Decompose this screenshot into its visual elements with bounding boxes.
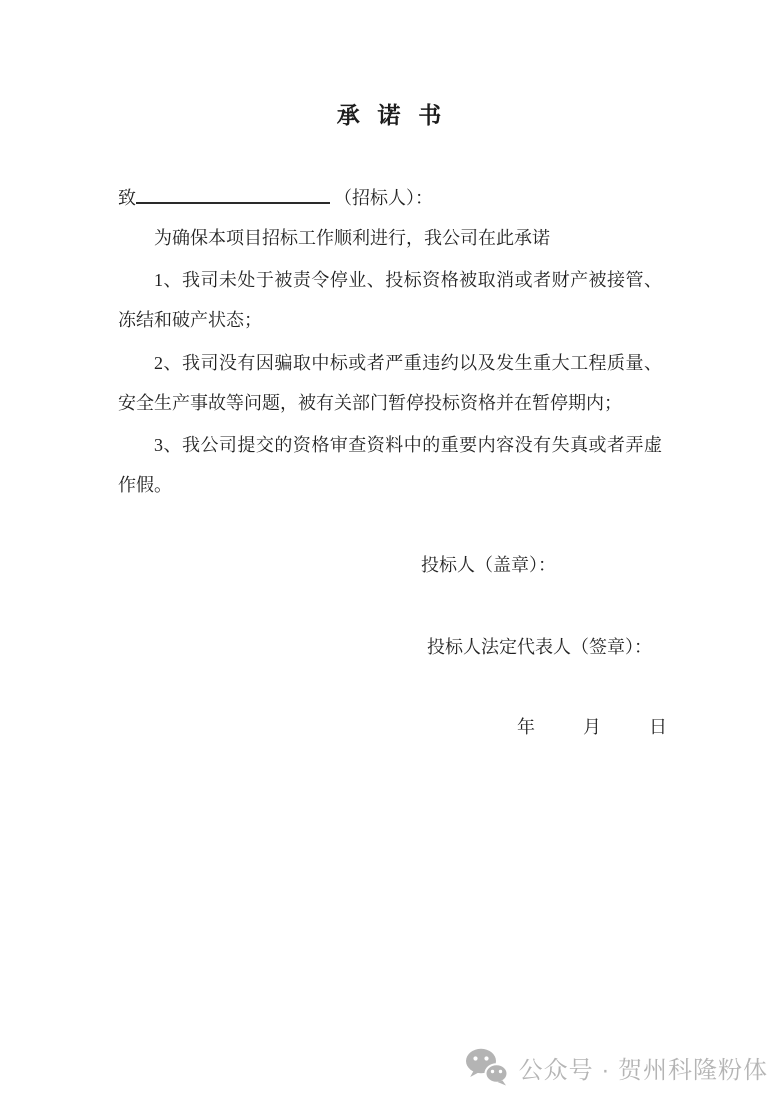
watermark-text: 公众号 · 贺州科隆粉体 [519, 1050, 768, 1085]
month-label: 月 [583, 715, 601, 739]
watermark: 公众号 · 贺州科隆粉体 [465, 1048, 768, 1086]
commitment-item-2: 2、我司没有因骗取中标或者严重违约以及发生重大工程质量、安全生产事故等问题，被有… [118, 343, 662, 423]
document-page: 承 诺 书 致（招标人）： 为确保本项目招标工作顺利进行，我公司在此承诺 1、我… [0, 0, 780, 1102]
salutation-suffix: （招标人）： [334, 188, 433, 208]
wechat-icon [465, 1048, 509, 1086]
bidder-seal-signature: 投标人（盖章）： [421, 553, 556, 577]
intro-paragraph: 为确保本项目招标工作顺利进行，我公司在此承诺 [118, 218, 662, 258]
blank-underline [136, 198, 330, 204]
commitment-item-1: 1、我司未处于被责令停业、投标资格被取消或者财产被接管、冻结和破产状态； [118, 260, 662, 340]
date-line: 年 月 日 [517, 715, 667, 739]
day-label: 日 [649, 715, 667, 739]
salutation-line: 致（招标人）： [118, 178, 662, 218]
year-label: 年 [517, 715, 535, 739]
page-title: 承 诺 书 [0, 96, 780, 136]
legal-representative-signature: 投标人法定代表人（签章）： [427, 635, 652, 659]
salutation-prefix: 致 [118, 188, 136, 208]
commitment-item-3: 3、我公司提交的资格审查资料中的重要内容没有失真或者弄虚作假。 [118, 425, 662, 505]
